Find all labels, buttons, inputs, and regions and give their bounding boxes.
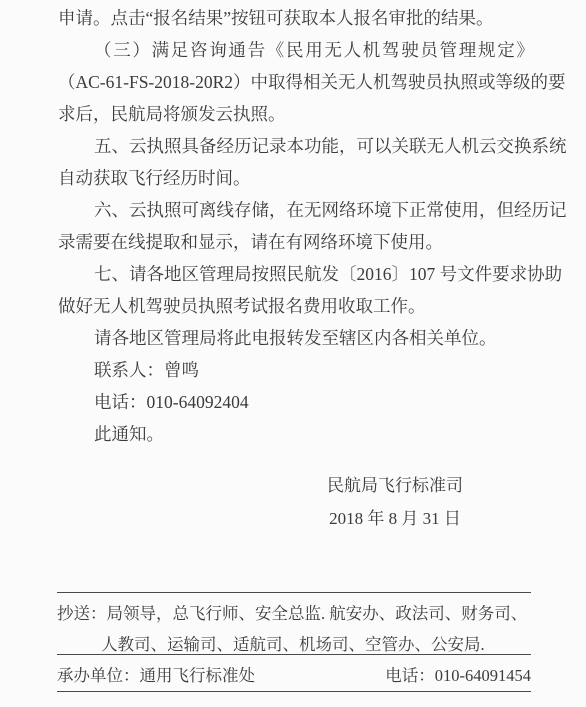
footer-divider-bottom bbox=[57, 691, 531, 692]
body-line-10: 做好无人机驾驶员执照考试报名费用收取工作。 bbox=[58, 290, 532, 322]
cc-line-2: 人教司、运输司、适航司、机场司、空管办、公安局. bbox=[57, 630, 531, 661]
organizer-unit: 承办单位：通用飞行标准处 bbox=[57, 661, 255, 691]
body-line-3: （AC-61-FS-2018-20R2）中取得相关无人机驾驶员执照或等级的要 bbox=[58, 66, 532, 98]
body-line-9: 七、请各地区管理局按照民航发〔2016〕107 号文件要求协助 bbox=[58, 258, 532, 290]
cc-block: 抄送：局领导，总飞行师、安全总监. 航安办、政法司、财务司、 人教司、运输司、适… bbox=[57, 599, 531, 660]
body-line-6: 自动获取飞行经历时间。 bbox=[58, 162, 532, 194]
cc-line-1: 抄送：局领导，总飞行师、安全总监. 航安办、政法司、财务司、 bbox=[57, 599, 531, 630]
signature-issuer: 民航局飞行标准司 bbox=[318, 469, 472, 502]
footer-divider-top bbox=[57, 592, 531, 593]
document-body: 申请。点击“报名结果”按钮可获取本人报名审批的结果。 （三）满足咨询通告《民用无… bbox=[58, 2, 532, 450]
body-line-5: 五、云执照具备经历记录本功能，可以关联无人机云交换系统 bbox=[58, 130, 532, 162]
body-line-4: 求后，民航局将颁发云执照。 bbox=[58, 98, 532, 130]
body-line-7: 六、云执照可离线存储，在无网络环境下正常使用，但经历记 bbox=[58, 194, 532, 226]
contact-person-line: 联系人：曾鸣 bbox=[58, 354, 532, 386]
body-line-1: 申请。点击“报名结果”按钮可获取本人报名审批的结果。 bbox=[58, 2, 532, 34]
contact-phone-line: 电话：010-64092404 bbox=[58, 386, 532, 418]
organizer-phone: 电话：010-64091454 bbox=[385, 661, 531, 691]
body-line-8: 录需要在线提取和显示，请在有网络环境下使用。 bbox=[58, 226, 532, 258]
signature-date: 2018 年 8 月 31 日 bbox=[318, 502, 472, 535]
notice-closing-line: 此通知。 bbox=[58, 418, 532, 450]
body-line-11: 请各地区管理局将此电报转发至辖区内各相关单位。 bbox=[58, 322, 532, 354]
document-page: 申请。点击“报名结果”按钮可获取本人报名审批的结果。 （三）满足咨询通告《民用无… bbox=[0, 0, 586, 707]
organizer-row: 承办单位：通用飞行标准处 电话：010-64091454 bbox=[57, 661, 531, 691]
body-line-2: （三）满足咨询通告《民用无人机驾驶员管理规定》 bbox=[58, 34, 532, 66]
footer-divider-middle bbox=[57, 654, 531, 655]
signature-block: 民航局飞行标准司 2018 年 8 月 31 日 bbox=[318, 469, 472, 535]
